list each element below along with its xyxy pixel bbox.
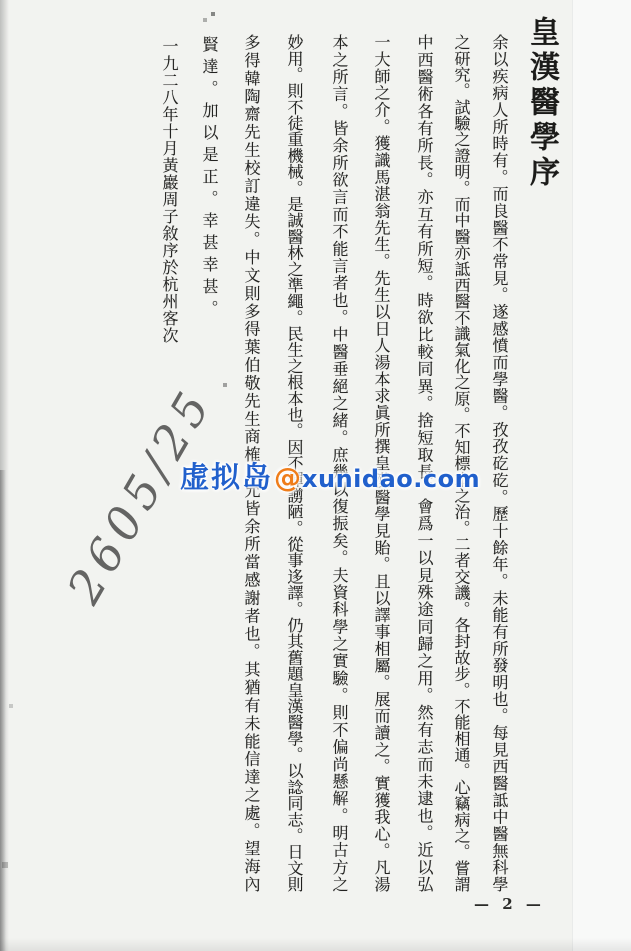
dust-specks [0,0,2,2]
text-column-8: 賢達。加以是正。幸甚幸甚。 [198,36,221,322]
scan-left-edge-smudge [0,470,6,951]
text-column-1: 余以疾病人所時有。而良醫不常見。遂感憤而學醫。孜孜矻矻。歷十餘年。未能有所發明也… [488,34,511,892]
colophon-date-signature: 一九二八年十月黃巖周子敘序於杭州客次 [158,38,181,344]
scanned-book-page: 皇漢醫學序 余以疾病人所時有。而良醫不常見。遂感憤而學醫。孜孜矻矻。歷十餘年。未… [0,0,631,951]
book-title: 皇漢醫學序 [522,16,560,191]
page-right-margin [572,0,631,951]
scan-bottom-edge-shadow [0,938,631,951]
page-number: — 2 — [474,895,545,913]
watermark: 虚拟岛@xunidao.com [180,455,480,496]
watermark-domain: xunidao.com [302,465,480,493]
watermark-at-symbol: @ [274,463,301,494]
watermark-site-name: 虚拟岛 [180,460,273,494]
